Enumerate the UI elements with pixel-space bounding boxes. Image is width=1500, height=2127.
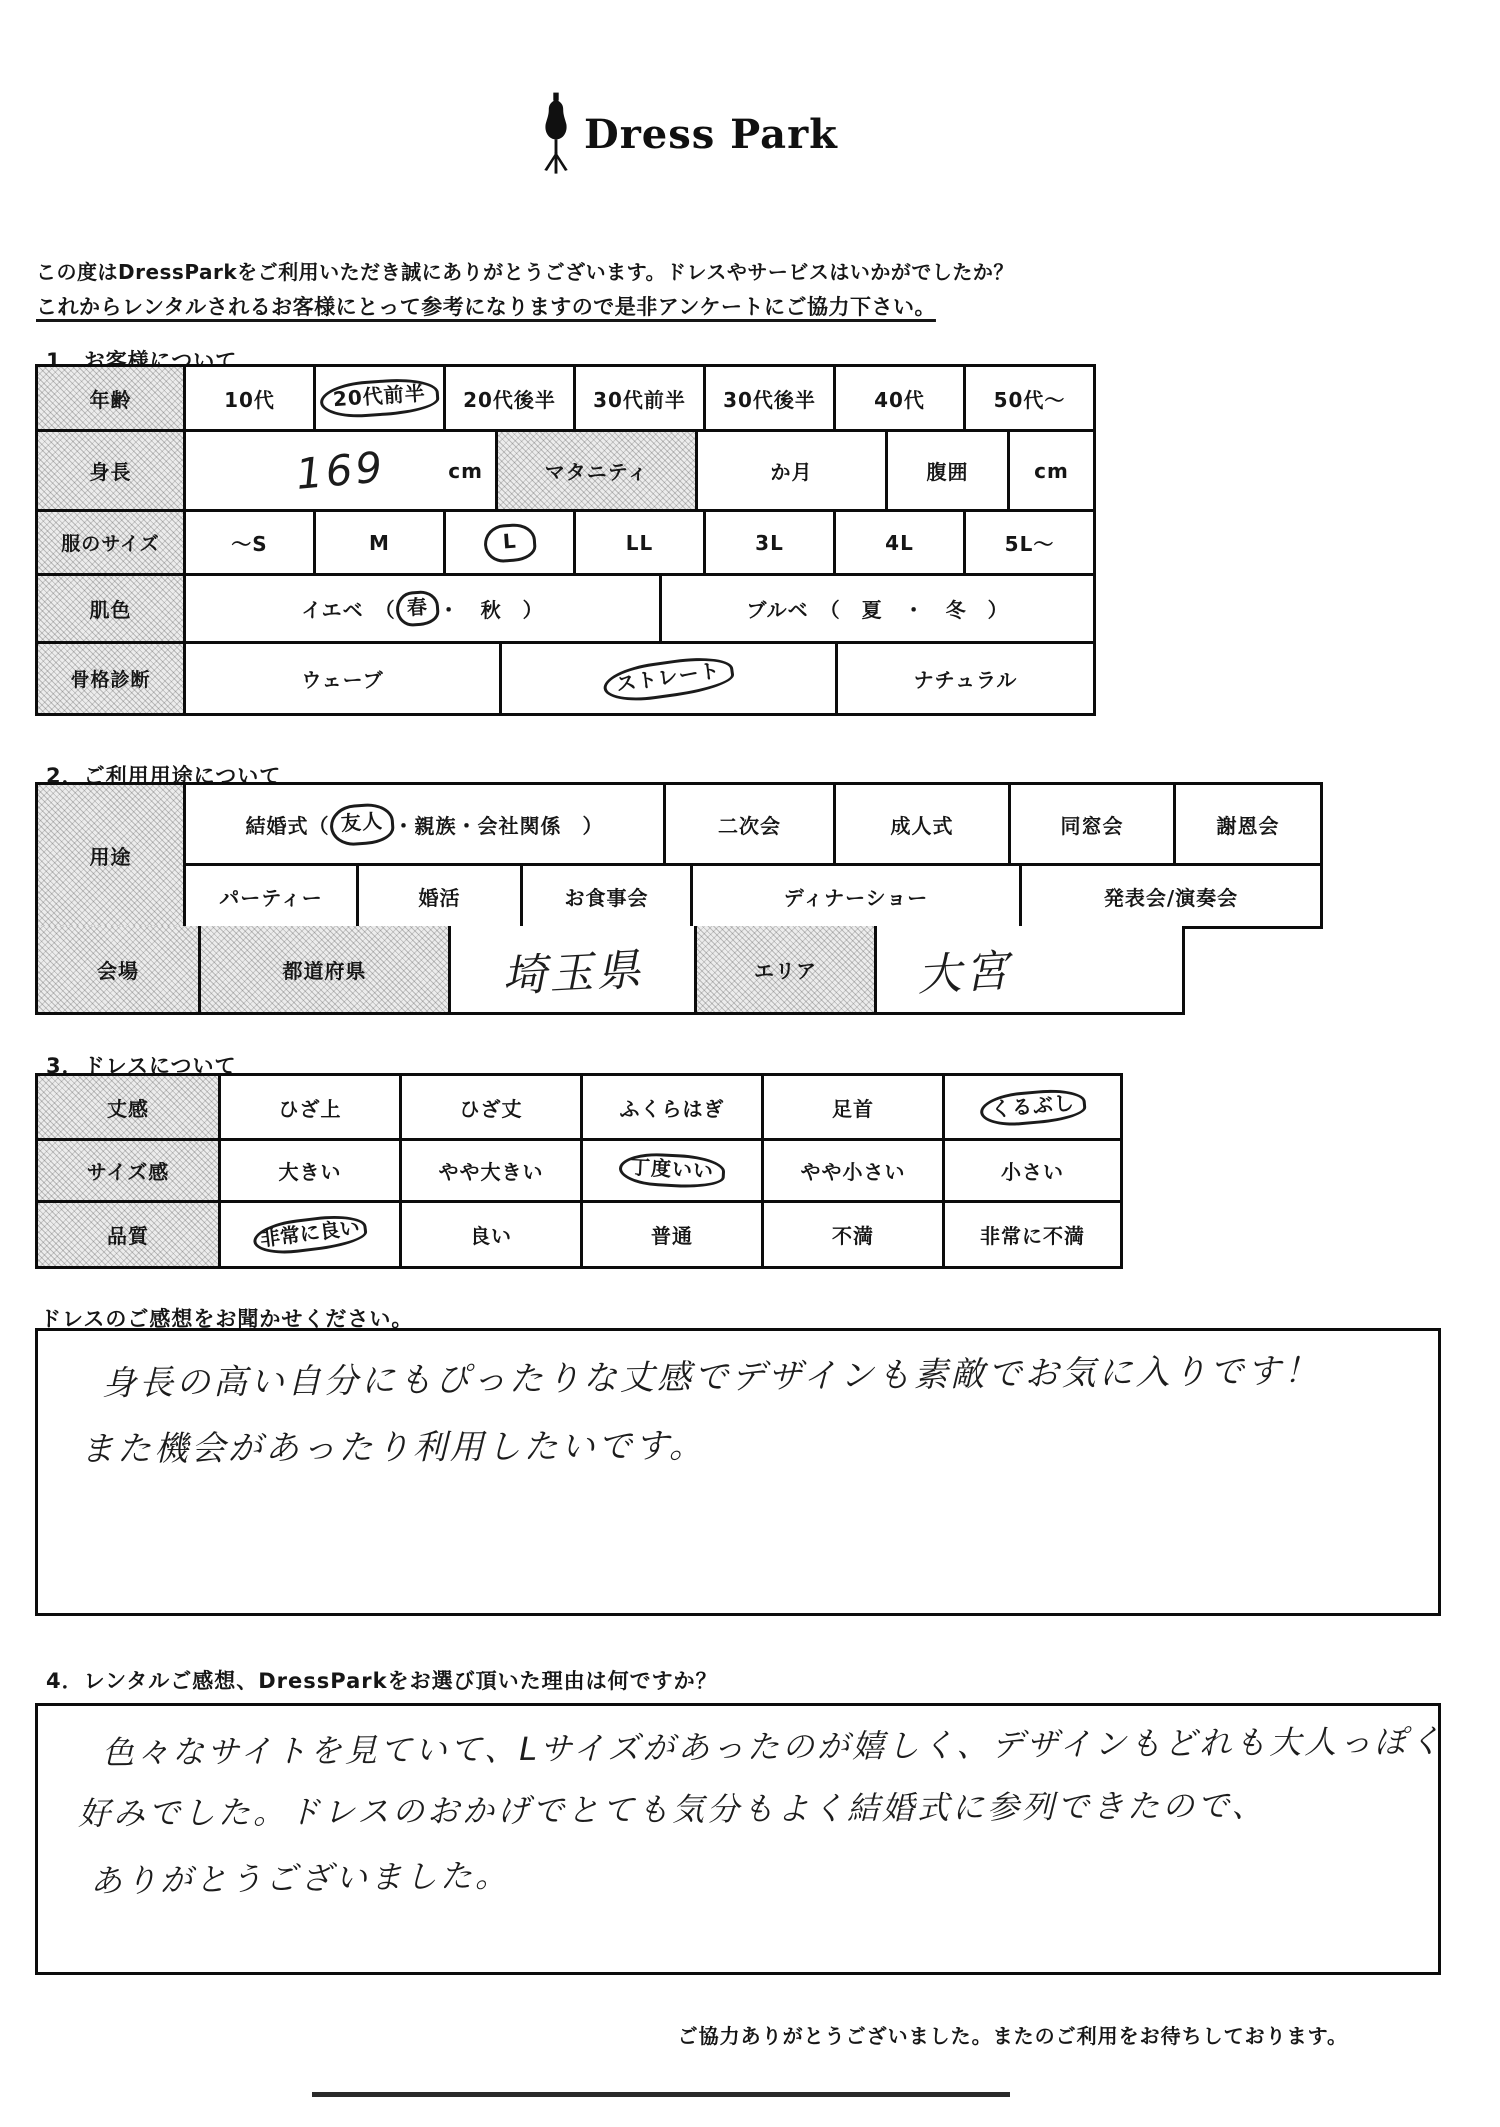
quality-option-unsatisfied: 不満 [761,1203,942,1266]
rental-feedback-line-2: 好みでした。ドレスのおかげでとても気分もよく結婚式に参列できたので、 [78,1786,1402,1834]
skin-label: 肌色 [38,576,183,641]
purpose-option-party: パーティー [183,866,356,926]
selection-circle: 友人 [328,801,395,846]
scanned-survey-page: Dress Park この度はDressParkをご利用いただき誠にありがとうご… [0,0,1500,2127]
quality-option-very-good: 非常に良い [218,1203,399,1266]
purpose-option-afterparty: 二次会 [663,785,833,863]
age-option-20s-late: 20代後半 [443,367,573,429]
brand-logo: Dress Park [538,92,838,176]
purpose-label: 用途 [38,785,183,926]
purpose-option-dinner-party: お食事会 [520,866,690,926]
height-value-cell: 169 cm [183,432,495,509]
purpose-row-2: パーティー 婚活 お食事会 ディナーショー 発表会/演奏会 [183,863,1320,926]
skeleton-label: 骨格診断 [38,644,183,713]
length-option-knee: ひざ丈 [399,1076,580,1138]
dress-form-icon [538,92,574,176]
prefecture-label: 都道府県 [198,926,448,1012]
skeleton-option-wave: ウェーブ [183,644,499,713]
age-option-40s: 40代 [833,367,963,429]
age-row: 年齢 10代 20代前半 20代後半 30代前半 30代後半 40代 50代～ [38,367,1093,429]
dress-feedback-box: 身長の高い自分にもぴったりな丈感でデザインも素敵でお気に入りです！ また機会があ… [35,1328,1441,1616]
rental-feedback-line-3: ありがとうございました。 [90,1844,1402,1901]
quality-label: 品質 [38,1203,218,1266]
skin-yellow-base-cell: イエベ （ 春 ・ 秋 ） [183,576,659,641]
area-value-cell: 大宮 [874,926,1182,1012]
purpose-option-konkatsu: 婚活 [356,866,520,926]
rental-feedback-line-1: 色々なサイトを見ていて、Lサイズがあったのが嬉しく、デザインもどれも大人っぽく [102,1722,1402,1772]
purpose-option-reunion: 同窓会 [1008,785,1173,863]
venue-table: 会場 都道府県 埼玉県 エリア 大宮 [35,926,1185,1015]
selection-circle: 春 [394,590,439,628]
age-option-30s-early: 30代前半 [573,367,703,429]
maternity-months-label: か月 [695,432,885,509]
dress-feedback-line-2: また機会があったり利用したいです。 [80,1422,1402,1470]
length-option-ankle: 足首 [761,1076,942,1138]
area-label: エリア [694,926,874,1012]
maternity-label: マタニティ [495,432,695,509]
rental-feedback-box: 色々なサイトを見ていて、Lサイズがあったのが嬉しく、デザインもどれも大人っぽく … [35,1703,1441,1975]
size-option-l: L [443,512,573,573]
purpose-option-coming-of-age: 成人式 [833,785,1008,863]
wedding-suffix: ・親族・会社関係 ） [394,810,604,839]
skin-yellow-suffix: ・ 秋 ） [439,594,544,623]
age-option-30s-late: 30代後半 [703,367,833,429]
age-option-50s: 50代～ [963,367,1093,429]
age-option-10s: 10代 [183,367,313,429]
fit-option-big: 大きい [218,1141,399,1200]
dress-table: 丈感 ひざ上 ひざ丈 ふくらはぎ 足首 くるぶし サイズ感 大きい やや大きい … [35,1073,1123,1269]
size-option-s: ～S [183,512,313,573]
fit-option-just-right: 丁度いい [580,1141,761,1200]
section4-heading: 4．レンタルご感想、DressParkをお選び頂いた理由は何ですか？ [46,1665,718,1695]
length-option-anklebone: くるぶし [942,1076,1120,1138]
prefecture-handwritten-value: 埼玉県 [500,933,644,1004]
wedding-prefix: 結婚式（ [246,810,330,839]
size-option-5l: 5L～ [963,512,1093,573]
fit-label: サイズ感 [38,1141,218,1200]
length-row: 丈感 ひざ上 ひざ丈 ふくらはぎ 足首 くるぶし [38,1076,1120,1138]
purpose-option-recital: 発表会/演奏会 [1019,866,1320,926]
purpose-row-1: 結婚式（ 友人 ・親族・会社関係 ） 二次会 成人式 同窓会 謝恩会 [183,785,1320,863]
selection-circle: 非常に良い [251,1211,368,1258]
waist-unit: cm [1007,432,1093,509]
length-option-calf: ふくらはぎ [580,1076,761,1138]
age-option-20s-early: 20代前半 [313,367,443,429]
size-label: 服のサイズ [38,512,183,573]
skin-row: 肌色 イエベ （ 春 ・ 秋 ） ブルベ （ 夏 ・ 冬 ） [38,573,1093,641]
purpose-option-wedding: 結婚式（ 友人 ・親族・会社関係 ） [183,785,663,863]
size-option-3l: 3L [703,512,833,573]
scan-artifact-line [312,2092,1010,2097]
height-unit: cm [448,459,483,483]
height-label: 身長 [38,432,183,509]
fit-option-small: 小さい [942,1141,1120,1200]
height-handwritten-value: 169 [294,442,387,499]
selection-circle: 20代前半 [319,376,440,420]
size-option-ll: LL [573,512,703,573]
height-row: 身長 169 cm マタニティ か月 腹囲 cm [38,429,1093,509]
purpose-table: 用途 結婚式（ 友人 ・親族・会社関係 ） 二次会 成人式 同窓会 謝恩会 パー… [35,782,1323,929]
quality-row: 品質 非常に良い 良い 普通 不満 非常に不満 [38,1200,1120,1266]
selection-circle: くるぶし [978,1086,1086,1128]
prefecture-value-cell: 埼玉県 [448,926,694,1012]
size-option-m: M [313,512,443,573]
length-label: 丈感 [38,1076,218,1138]
selection-circle: 丁度いい [618,1151,726,1190]
fit-row: サイズ感 大きい やや大きい 丁度いい やや小さい 小さい [38,1138,1120,1200]
quality-option-very-unsatisfied: 非常に不満 [942,1203,1120,1266]
venue-label: 会場 [38,926,198,1012]
intro-line-2: これからレンタルされるお客様にとって参考になりますので是非アンケートにご協力下さ… [36,291,936,321]
brand-name: Dress Park [584,111,838,158]
waist-label: 腹囲 [885,432,1007,509]
skeleton-row: 骨格診断 ウェーブ ストレート ナチュラル [38,641,1093,713]
length-option-above-knee: ひざ上 [218,1076,399,1138]
fit-option-slightly-big: やや大きい [399,1141,580,1200]
selection-circle: L [482,522,536,564]
intro-line-1: この度はDressParkをご利用いただき誠にありがとうございます。ドレスやサー… [36,256,1014,285]
quality-option-good: 良い [399,1203,580,1266]
venue-row: 会場 都道府県 埼玉県 エリア 大宮 [38,926,1182,1012]
footer-thanks-text: ご協力ありがとうございました。またのご利用をお待ちしております。 [678,2020,1348,2049]
customer-table: 年齢 10代 20代前半 20代後半 30代前半 30代後半 40代 50代～ … [35,364,1096,716]
quality-option-normal: 普通 [580,1203,761,1266]
purpose-option-dinner-show: ディナーショー [690,866,1019,926]
skeleton-option-straight: ストレート [499,644,835,713]
fit-option-slightly-small: やや小さい [761,1141,942,1200]
size-option-4l: 4L [833,512,963,573]
selection-circle: ストレート [601,652,736,706]
dress-feedback-line-1: 身長の高い自分にもぴったりな丈感でデザインも素敵でお気に入りです！ [102,1350,1402,1404]
skeleton-option-natural: ナチュラル [835,644,1093,713]
size-row: 服のサイズ ～S M L LL 3L 4L 5L～ [38,509,1093,573]
skin-blue-base-cell: ブルベ （ 夏 ・ 冬 ） [659,576,1093,641]
age-label: 年齢 [38,367,183,429]
purpose-option-thanks-party: 謝恩会 [1173,785,1320,863]
skin-yellow-prefix: イエベ （ [301,594,395,623]
area-handwritten-value: 大宮 [915,935,1012,1004]
